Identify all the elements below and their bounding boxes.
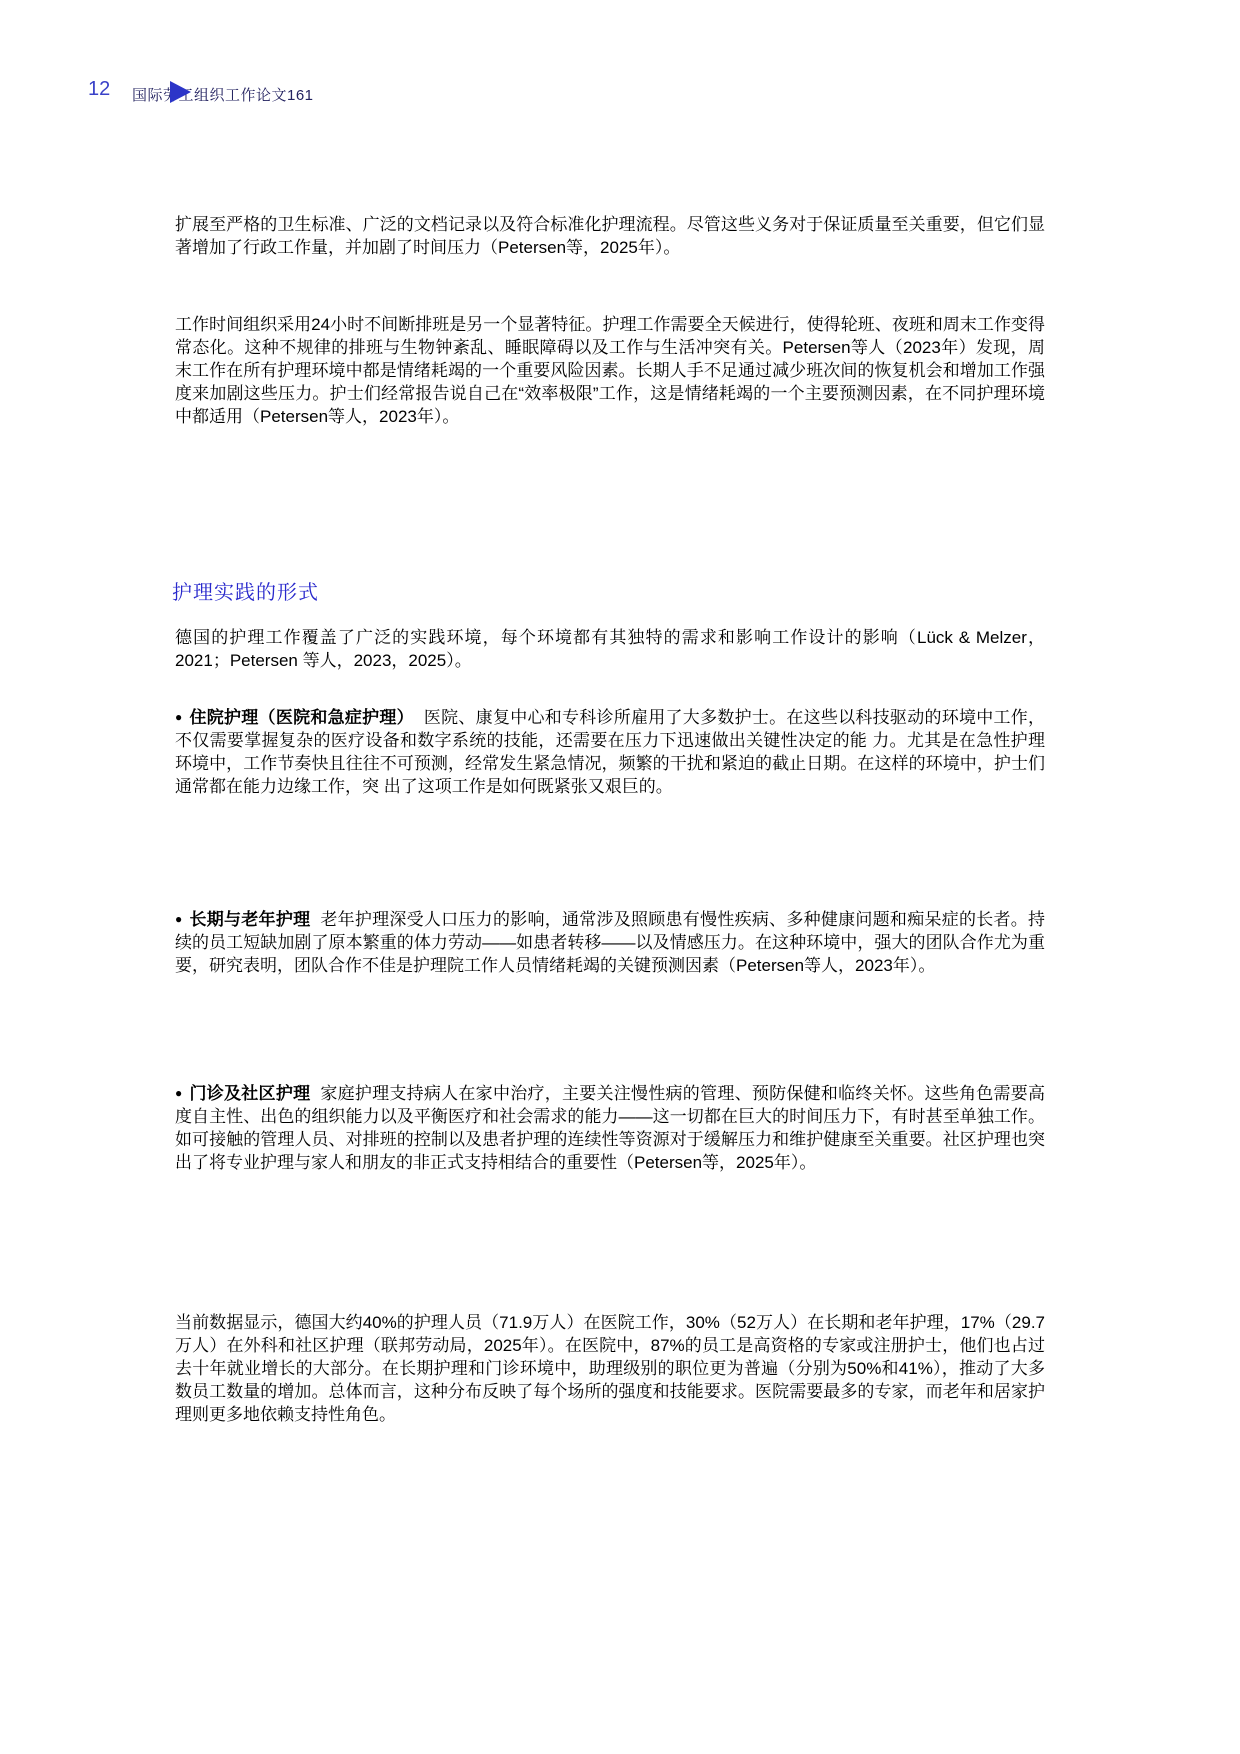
paragraph-practice-settings-intro: 德国的护理工作覆盖了广泛的实践环境，每个环境都有其独特的需求和影响工作设计的影响…	[175, 626, 1045, 672]
bullet-lead-longterm-elder-care: 长期与老年护理	[190, 910, 311, 929]
bullet-dot-icon: ●	[175, 1086, 183, 1100]
paragraph-shift-work: 工作时间组织采用24小时不间断排班是另一个显著特征。护理工作需要全天候进行，使得…	[175, 313, 1045, 428]
document-page: 12 国际劳工组织工作论文161 扩展至严格的卫生标准、广泛的文档记录以及符合标…	[0, 0, 1240, 1754]
running-header-title: 国际劳工组织工作论文161	[132, 84, 314, 105]
bullet-item-outpatient-community-care: ●门诊及社区护理家庭护理支持病人在家中治疗，主要关注慢性病的管理、预防保健和临终…	[175, 1082, 1045, 1174]
paragraph-workforce-statistics: 当前数据显示，德国大约40%的护理人员（71.9万人）在医院工作，30%（52万…	[175, 1311, 1045, 1426]
bullet-dot-icon: ●	[175, 912, 183, 926]
bullet-lead-inpatient-care: 住院护理（医院和急症护理）	[190, 708, 414, 727]
bullet-lead-outpatient-community-care: 门诊及社区护理	[190, 1084, 311, 1103]
bullet-item-longterm-elder-care: ●长期与老年护理老年护理深受人口压力的影响，通常涉及照顾患有慢性疾病、多种健康问…	[175, 908, 1045, 977]
play-triangle-icon	[170, 81, 191, 103]
bullet-item-inpatient-care: ●住院护理（医院和急症护理）医院、康复中心和专科诊所雇用了大多数护士。在这些以科…	[175, 706, 1045, 798]
bullet-dot-icon: ●	[175, 710, 183, 724]
page-number: 12	[88, 78, 110, 101]
section-heading-forms-of-nursing-practice: 护理实践的形式	[172, 576, 319, 605]
paragraph-documentation-burden: 扩展至严格的卫生标准、广泛的文档记录以及符合标准化护理流程。尽管这些义务对于保证…	[175, 213, 1045, 259]
